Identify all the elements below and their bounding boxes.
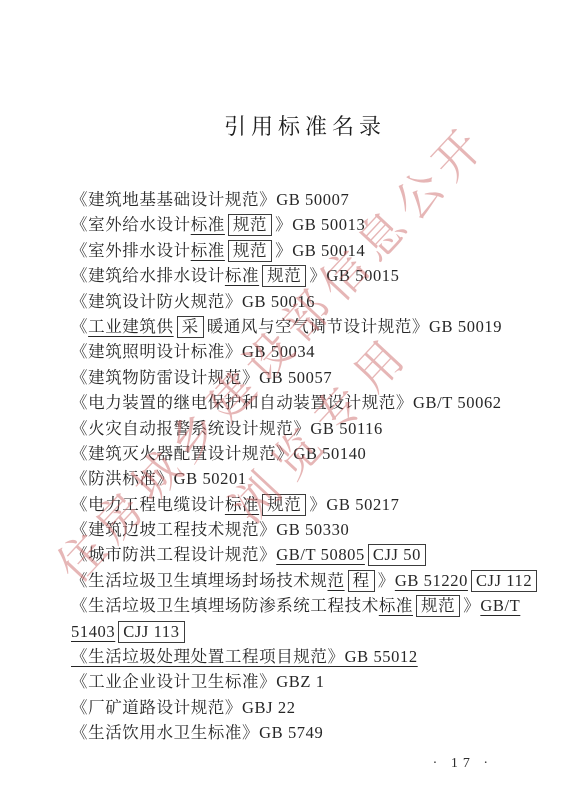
standard-entry: 《电力装置的继电保护和自动装置设计规范》GB/T 50062 [71, 390, 503, 415]
inserted-text: 标准 [225, 495, 259, 514]
inserted-text: GB 51220 [395, 571, 468, 590]
standard-entry: 《火灾自动报警系统设计规范》GB 50116 [71, 416, 503, 441]
deleted-text-box: 程 [348, 570, 375, 592]
deleted-text-box: CJJ 112 [471, 570, 537, 592]
entry-text: 《电力装置的继电保护和自动装置设计规范》GB/T 50062 [71, 393, 502, 412]
deleted-text-box: 规范 [228, 214, 272, 236]
standard-entry: 《厂矿道路设计规范》GBJ 22 [71, 695, 503, 720]
inserted-text: 《生活垃圾处理处置工程项目规范》GB 55012 [71, 647, 418, 666]
deleted-text-box: 采 [177, 316, 204, 338]
entry-text: 》 [378, 571, 395, 590]
standard-entry: 《建筑边坡工程技术规范》GB 50330 [71, 517, 503, 542]
inserted-text: 51403 [71, 622, 115, 641]
entry-text: 《建筑地基基础设计规范》GB 50007 [71, 190, 349, 209]
entry-text: 《生活垃圾卫生填埋场封场技术规 [71, 571, 328, 590]
deleted-text-box: 规范 [262, 494, 306, 516]
standard-entry: 《生活垃圾处理处置工程项目规范》GB 55012 [71, 644, 503, 669]
standard-entry: 《电力工程电缆设计标准规范》GB 50217 [71, 492, 503, 517]
inserted-text: GB/T 50805 [276, 545, 365, 564]
entry-text: 暖通风与空气调节设计规范》GB 50019 [207, 317, 502, 336]
inserted-text: 工业建筑供 [88, 317, 174, 336]
standard-entry: 《工业建筑供采暖通风与空气调节设计规范》GB 50019 [71, 314, 503, 339]
deleted-text-box: 规范 [228, 240, 272, 262]
inserted-text: 范 [328, 571, 345, 590]
entry-text: 《建筑边坡工程技术规范》GB 50330 [71, 520, 349, 539]
standard-entry: 《建筑设计防火规范》GB 50016 [71, 289, 503, 314]
document-page: 引用标准名录 《建筑地基基础设计规范》GB 50007《室外给水设计标准规范》G… [0, 0, 565, 798]
entry-text: 《电力工程电缆设计 [71, 495, 225, 514]
standard-entry: 《建筑地基基础设计规范》GB 50007 [71, 187, 503, 212]
entry-text: 《建筑照明设计标准》GB 50034 [71, 342, 315, 361]
deleted-text-box: CJJ 113 [118, 621, 184, 643]
entry-text: 》 [463, 596, 480, 615]
entry-text: 《防洪标准》GB 50201 [71, 469, 247, 488]
entry-text: 《室外给水设计 [71, 215, 191, 234]
entry-text: 《城市防洪工程设计规范》 [71, 545, 276, 564]
inserted-text: 标准 [225, 266, 259, 285]
standard-entry: 《防洪标准》GB 50201 [71, 466, 503, 491]
inserted-text: 标准 [191, 215, 225, 234]
standard-entry: 《建筑物防雷设计规范》GB 50057 [71, 365, 503, 390]
standard-entry: 《建筑灭火器配置设计规范》GB 50140 [71, 441, 503, 466]
entry-text: 《厂矿道路设计规范》GBJ 22 [71, 698, 296, 717]
standards-list: 《建筑地基基础设计规范》GB 50007《室外给水设计标准规范》GB 50013… [71, 187, 503, 746]
entry-text: 《火灾自动报警系统设计规范》GB 50116 [71, 419, 383, 438]
standard-entry: 《城市防洪工程设计规范》GB/T 50805CJJ 50 [71, 542, 503, 567]
deleted-text-box: CJJ 50 [368, 544, 426, 566]
entry-text: 《生活垃圾卫生填埋场防渗系统工程技术 [71, 596, 379, 615]
entry-text: 《建筑设计防火规范》GB 50016 [71, 292, 315, 311]
entry-text: 《工业企业设计卫生标准》GBZ 1 [71, 672, 325, 691]
page-title: 引用标准名录 [90, 110, 520, 141]
entry-text: 》GB 50217 [309, 495, 399, 514]
standard-entry: 《生活垃圾卫生填埋场封场技术规范程》GB 51220CJJ 112 [71, 568, 503, 593]
entry-text: 《建筑灭火器配置设计规范》GB 50140 [71, 444, 366, 463]
entry-text: 》GB 50014 [275, 241, 365, 260]
entry-text: 》GB 50013 [275, 215, 365, 234]
standard-entry: 《室外排水设计标准规范》GB 50014 [71, 238, 503, 263]
entry-text: 《室外排水设计 [71, 241, 191, 260]
entry-text: 》GB 50015 [309, 266, 399, 285]
page-number: · 17 · [433, 756, 493, 772]
standard-entry: 《建筑照明设计标准》GB 50034 [71, 339, 503, 364]
entry-text: 《生活饮用水卫生标准》GB 5749 [71, 723, 323, 742]
entry-text: 《 [71, 317, 88, 336]
entry-text: 《建筑给水排水设计 [71, 266, 225, 285]
standard-entry: 《生活垃圾卫生填埋场防渗系统工程技术标准规范》GB/T [71, 593, 503, 618]
standard-entry: 51403CJJ 113 [71, 619, 503, 644]
standard-entry: 《室外给水设计标准规范》GB 50013 [71, 212, 503, 237]
deleted-text-box: 规范 [416, 595, 460, 617]
inserted-text: 标准 [379, 596, 413, 615]
entry-text: 《建筑物防雷设计规范》GB 50057 [71, 368, 332, 387]
inserted-text: GB/T [480, 596, 520, 615]
standard-entry: 《生活饮用水卫生标准》GB 5749 [71, 720, 503, 745]
deleted-text-box: 规范 [262, 265, 306, 287]
inserted-text: 标准 [191, 241, 225, 260]
standard-entry: 《工业企业设计卫生标准》GBZ 1 [71, 669, 503, 694]
standard-entry: 《建筑给水排水设计标准规范》GB 50015 [71, 263, 503, 288]
